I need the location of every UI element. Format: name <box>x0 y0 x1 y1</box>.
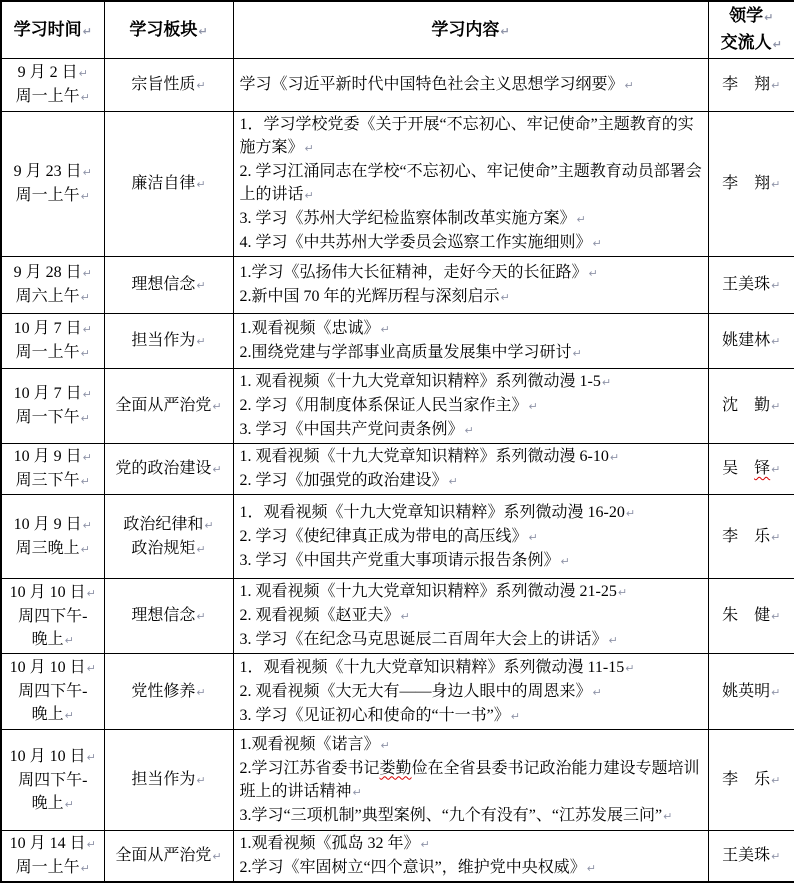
leader-cell: 李 翔↵ <box>708 59 794 112</box>
text-line: 10 月 10 日↵ <box>5 745 101 769</box>
text-line: 1. 观看视频《十九大党章知识精粹》系列微动漫 21-25↵ <box>240 580 704 604</box>
leader-cell: 朱 健↵ <box>708 579 794 654</box>
line-break-mark-icon: ↵ <box>771 400 780 413</box>
text-segment: 周四下午- <box>18 683 87 700</box>
text-segment: 3. 学习《中国共产党问责条例》 <box>240 421 464 438</box>
time-cell: 9 月 2 日↵周一上午↵ <box>1 59 104 112</box>
line-break-mark-icon: ↵ <box>626 507 635 520</box>
text-line: 1．观看视频《十九大党章知识精粹》系列微动漫 11-15↵ <box>240 656 704 680</box>
content-cell: 1. 观看视频《十九大党章知识精粹》系列微动漫 1-5↵2. 学习《用制度体系保… <box>233 369 708 444</box>
text-line: 10 月 7 日↵ <box>5 317 101 341</box>
text-line: 3. 学习《苏州大学纪检监察体制改革实施方案》↵ <box>240 207 704 231</box>
text-segment: 李 翔 <box>722 175 770 192</box>
table-row: 10 月 9 日↵周三下午↵党的政治建设↵1. 观看视频《十九大党章知识精粹》系… <box>1 444 794 495</box>
text-line: 党性修养↵ <box>108 680 230 704</box>
leader-cell: 姚英明↵ <box>708 654 794 730</box>
text-segment: 朱 健 <box>722 607 770 624</box>
text-line: 党的政治建设↵ <box>108 457 230 481</box>
text-line: 2. 学习《用制度体系保证人民当家作主》↵ <box>240 394 704 418</box>
text-segment: 4. 学习《中共苏州大学委员会巡察工作实施细则》 <box>240 234 592 251</box>
table-row: 9 月 2 日↵周一上午↵宗旨性质↵学习《习近平新时代中国特色社会主义思想学习纲… <box>1 59 794 112</box>
text-segment: 2. 学习《用制度体系保证人民当家作主》 <box>240 397 528 414</box>
module-cell: 全面从严治党↵ <box>104 369 233 444</box>
header-label-leader-line2: 交流人 <box>721 33 772 52</box>
content-cell: 1. 观看视频《十九大党章知识精粹》系列微动漫 21-25↵2. 观看视频《赵亚… <box>233 579 708 654</box>
line-break-mark-icon: ↵ <box>401 610 410 623</box>
line-break-mark-icon: ↵ <box>81 91 90 104</box>
module-cell: 全面从严治党↵ <box>104 831 233 883</box>
line-break-mark-icon: ↵ <box>65 798 74 811</box>
module-cell: 党性修养↵ <box>104 654 233 730</box>
content-cell: 学习《习近平新时代中国特色社会主义思想学习纲要》↵ <box>233 59 708 112</box>
line-break-mark-icon: ↵ <box>465 424 474 437</box>
line-break-mark-icon: ↵ <box>81 862 90 875</box>
text-segment: 2. 学习《使纪律真正成为带电的高压线》 <box>240 528 528 545</box>
line-break-mark-icon: ↵ <box>500 25 509 38</box>
line-break-mark-icon: ↵ <box>196 335 205 348</box>
text-line: 2.学习《牢固树立“四个意识”，维护党中央权威》↵ <box>240 856 704 880</box>
time-cell: 10 月 9 日↵周三晚上↵ <box>1 495 104 579</box>
line-break-mark-icon: ↵ <box>353 786 362 799</box>
line-break-mark-icon: ↵ <box>198 25 207 38</box>
time-cell: 10 月 14 日↵周一上午↵ <box>1 831 104 883</box>
text-line: 王美珠↵ <box>712 273 792 297</box>
time-cell: 9 月 28 日↵周六上午↵ <box>1 257 104 314</box>
text-segment: 吴 <box>722 460 754 477</box>
line-break-mark-icon: ↵ <box>771 463 780 476</box>
text-line: 宗旨性质↵ <box>108 73 230 97</box>
text-line: 2.新中国 70 年的光辉历程与深刻启示↵ <box>240 285 704 309</box>
text-segment: 党的政治建设 <box>115 460 211 477</box>
module-cell: 党的政治建设↵ <box>104 444 233 495</box>
text-line: 周一上午↵ <box>5 85 101 109</box>
leader-cell: 李 乐↵ <box>708 730 794 831</box>
table-row: 10 月 14 日↵周一上午↵全面从严治党↵1.观看视频《孤岛 32 年》↵2.… <box>1 831 794 883</box>
line-break-mark-icon: ↵ <box>83 267 92 280</box>
line-break-mark-icon: ↵ <box>764 11 773 24</box>
line-break-mark-icon: ↵ <box>81 475 90 488</box>
text-line: 周一上午↵ <box>5 184 101 208</box>
text-line: 2.围绕党建与学部事业高质量发展集中学习研讨↵ <box>240 341 704 365</box>
text-segment: 王美珠 <box>722 276 770 293</box>
module-cell: 廉洁自律↵ <box>104 112 233 257</box>
line-break-mark-icon: ↵ <box>196 279 205 292</box>
line-break-mark-icon: ↵ <box>65 634 74 647</box>
text-segment: 10 月 10 日 <box>10 584 86 601</box>
text-segment: 周一上午 <box>16 859 80 876</box>
text-line: 2. 学习《使纪律真正成为带电的高压线》↵ <box>240 525 704 549</box>
line-break-mark-icon: ↵ <box>196 610 205 623</box>
text-segment: 1.观看视频《忠诚》 <box>240 320 380 337</box>
text-line: 10 月 10 日↵ <box>5 581 101 605</box>
line-break-mark-icon: ↵ <box>81 543 90 556</box>
text-line: 1.观看视频《忠诚》↵ <box>240 317 704 341</box>
text-segment: 全面从严治党 <box>115 397 211 414</box>
text-segment: 周三晚上 <box>16 540 80 557</box>
line-break-mark-icon: ↵ <box>79 67 88 80</box>
header-cell-time: 学习时间↵ <box>1 1 104 59</box>
line-break-mark-icon: ↵ <box>771 686 780 699</box>
line-break-mark-icon: ↵ <box>771 774 780 787</box>
text-line: 全面从严治党↵ <box>108 394 230 418</box>
line-break-mark-icon: ↵ <box>771 610 780 623</box>
text-segment: 姚英明 <box>722 683 770 700</box>
module-cell: 担当作为↵ <box>104 314 233 369</box>
table-row: 10 月 7 日↵周一下午↵全面从严治党↵1. 观看视频《十九大党章知识精粹》系… <box>1 369 794 444</box>
text-segment: 2. 观看视频《大无大有——身边人眼中的周恩来》 <box>240 683 592 700</box>
header-row: 学习时间↵ 学习板块↵ 学习内容↵ 领学↵ 交流人↵ <box>1 1 794 59</box>
study-schedule-table: 学习时间↵ 学习板块↵ 学习内容↵ 领学↵ 交流人↵ 9 月 2 日↵周一上午↵… <box>0 0 794 883</box>
time-cell: 10 月 10 日↵周四下午-晚上↵ <box>1 730 104 831</box>
text-line: 廉洁自律↵ <box>108 172 230 196</box>
line-break-mark-icon: ↵ <box>87 838 96 851</box>
text-line: 理想信念↵ <box>108 273 230 297</box>
text-line: 姚英明↵ <box>712 680 792 704</box>
text-line: 2.学习江苏省委书记娄勤俭在全省县委书记政治能力建设专题培训班上的讲话精神↵ <box>240 757 704 804</box>
text-segment: 晚上 <box>32 631 64 648</box>
text-line: 3. 学习《在纪念马克思诞辰二百周年大会上的讲话》↵ <box>240 628 704 652</box>
text-line: 学习内容↵ <box>237 17 705 44</box>
line-break-mark-icon: ↵ <box>196 543 205 556</box>
line-break-mark-icon: ↵ <box>196 79 205 92</box>
text-segment: 1. 观看视频《十九大党章知识精粹》系列微动漫 1-5 <box>240 373 601 390</box>
text-line: 理想信念↵ <box>108 604 230 628</box>
text-line: 2. 观看视频《赵亚夫》↵ <box>240 604 704 628</box>
line-break-mark-icon: ↵ <box>610 451 619 464</box>
header-cell-leader: 领学↵ 交流人↵ <box>708 1 794 59</box>
text-line: 2. 学习江涌同志在学校“不忘初心、牢记使命”主题教育动员部署会上的讲话↵ <box>240 160 704 207</box>
module-cell: 政治纪律和↵政治规矩↵ <box>104 495 233 579</box>
line-break-mark-icon: ↵ <box>421 838 430 851</box>
text-line: 3. 学习《见证初心和使命的“十一书”》↵ <box>240 704 704 728</box>
text-segment: 3. 学习《苏州大学纪检监察体制改革实施方案》 <box>240 210 576 227</box>
line-break-mark-icon: ↵ <box>529 531 538 544</box>
text-line: 周一上午↵ <box>5 856 101 880</box>
time-cell: 9 月 23 日↵周一上午↵ <box>1 112 104 257</box>
line-break-mark-icon: ↵ <box>196 686 205 699</box>
line-break-mark-icon: ↵ <box>81 190 90 203</box>
line-break-mark-icon: ↵ <box>305 189 314 202</box>
line-break-mark-icon: ↵ <box>81 347 90 360</box>
time-cell: 10 月 7 日↵周一上午↵ <box>1 314 104 369</box>
text-segment: 3. 学习《中国共产党重大事项请示报告条例》 <box>240 552 560 569</box>
text-line: 10 月 14 日↵ <box>5 832 101 856</box>
content-cell: 1.观看视频《忠诚》↵2.围绕党建与学部事业高质量发展集中学习研讨↵ <box>233 314 708 369</box>
text-segment: 姚建林 <box>722 332 770 349</box>
module-cell: 宗旨性质↵ <box>104 59 233 112</box>
text-line: 吴 铎↵ <box>712 457 792 481</box>
text-segment: 政治规矩 <box>131 540 195 557</box>
table-row: 10 月 10 日↵周四下午-晚上↵党性修养↵1．观看视频《十九大党章知识精粹》… <box>1 654 794 730</box>
line-break-mark-icon: ↵ <box>773 38 782 51</box>
time-cell: 10 月 10 日↵周四下午-晚上↵ <box>1 654 104 730</box>
line-break-mark-icon: ↵ <box>587 862 596 875</box>
line-break-mark-icon: ↵ <box>589 267 598 280</box>
text-segment: 李 乐 <box>722 528 770 545</box>
text-line: 学习板块↵ <box>108 17 230 44</box>
line-break-mark-icon: ↵ <box>771 178 780 191</box>
text-line: 姚建林↵ <box>712 329 792 353</box>
line-break-mark-icon: ↵ <box>771 335 780 348</box>
text-line: 2. 观看视频《大无大有——身边人眼中的周恩来》↵ <box>240 680 704 704</box>
text-segment: 2.新中国 70 年的光辉历程与深刻启示 <box>240 288 500 305</box>
text-line: 王美珠↵ <box>712 844 792 868</box>
text-segment: 10 月 7 日 <box>14 320 82 337</box>
line-break-mark-icon: ↵ <box>204 519 213 532</box>
text-segment: 宗旨性质 <box>131 76 195 93</box>
text-line: 3. 学习《中国共产党重大事项请示报告条例》↵ <box>240 549 704 573</box>
line-break-mark-icon: ↵ <box>83 166 92 179</box>
line-break-mark-icon: ↵ <box>212 463 221 476</box>
time-cell: 10 月 9 日↵周三下午↵ <box>1 444 104 495</box>
text-line: 政治纪律和↵ <box>108 513 230 537</box>
text-line: 学习《习近平新时代中国特色社会主义思想学习纲要》↵ <box>240 73 704 97</box>
text-line: 1．学习学校党委《关于开展“不忘初心、牢记使命”主题教育的实施方案》↵ <box>240 113 704 160</box>
line-break-mark-icon: ↵ <box>663 810 672 823</box>
text-segment: 周四下午- <box>18 608 87 625</box>
text-line: 3.学习“三项机制”典型案例、“九个有没有”、“江苏发展三问”↵ <box>240 804 704 828</box>
line-break-mark-icon: ↵ <box>602 376 611 389</box>
line-break-mark-icon: ↵ <box>573 347 582 360</box>
spellcheck-squiggle: 娄勤 <box>380 760 412 777</box>
text-segment: 周三下午 <box>16 472 80 489</box>
line-break-mark-icon: ↵ <box>305 142 314 155</box>
text-segment: 3. 学习《见证初心和使命的“十一书”》 <box>240 707 510 724</box>
text-line: 领学↵ <box>712 3 792 30</box>
text-line: 周三下午↵ <box>5 469 101 493</box>
line-break-mark-icon: ↵ <box>81 412 90 425</box>
text-line: 1. 观看视频《十九大党章知识精粹》系列微动漫 6-10↵ <box>240 445 704 469</box>
text-segment: 1. 观看视频《十九大党章知识精粹》系列微动漫 21-25 <box>240 583 617 600</box>
text-line: 1.观看视频《孤岛 32 年》↵ <box>240 832 704 856</box>
text-line: 周四下午-晚上↵ <box>5 769 101 816</box>
text-line: 政治规矩↵ <box>108 537 230 561</box>
text-line: 周四下午-晚上↵ <box>5 605 101 652</box>
line-break-mark-icon: ↵ <box>561 555 570 568</box>
text-segment: 10 月 9 日 <box>14 516 82 533</box>
line-break-mark-icon: ↵ <box>381 739 390 752</box>
text-segment: 10 月 9 日 <box>14 448 82 465</box>
table-row: 10 月 7 日↵周一上午↵担当作为↵1.观看视频《忠诚》↵2.围绕党建与学部事… <box>1 314 794 369</box>
text-segment: 10 月 7 日 <box>14 385 82 402</box>
text-segment: 1．观看视频《十九大党章知识精粹》系列微动漫 16-20 <box>240 504 625 521</box>
line-break-mark-icon: ↵ <box>83 25 92 38</box>
content-cell: 1.观看视频《诺言》↵2.学习江苏省委书记娄勤俭在全省县委书记政治能力建设专题培… <box>233 730 708 831</box>
text-line: 担当作为↵ <box>108 768 230 792</box>
table-header: 学习时间↵ 学习板块↵ 学习内容↵ 领学↵ 交流人↵ <box>1 1 794 59</box>
text-segment: 沈 勤 <box>722 397 770 414</box>
leader-cell: 王美珠↵ <box>708 831 794 883</box>
text-segment: 王美珠 <box>722 847 770 864</box>
text-segment: 10 月 14 日 <box>10 835 86 852</box>
text-segment: 2.学习《牢固树立“四个意识”，维护党中央权威》 <box>240 859 586 876</box>
line-break-mark-icon: ↵ <box>196 774 205 787</box>
header-label-leader-line1: 领学 <box>729 6 763 25</box>
line-break-mark-icon: ↵ <box>212 850 221 863</box>
header-label-module: 学习板块 <box>129 20 197 39</box>
table-row: 10 月 9 日↵周三晚上↵政治纪律和↵政治规矩↵1．观看视频《十九大党章知识精… <box>1 495 794 579</box>
line-break-mark-icon: ↵ <box>212 400 221 413</box>
text-line: 李 乐↵ <box>712 525 792 549</box>
text-segment: 晚上 <box>32 706 64 723</box>
text-line: 李 乐↵ <box>712 768 792 792</box>
line-break-mark-icon: ↵ <box>593 237 602 250</box>
line-break-mark-icon: ↵ <box>577 213 586 226</box>
text-segment: 9 月 23 日 <box>14 163 82 180</box>
text-segment: 1.学习《弘扬伟大长征精神，走好今天的长征路》 <box>240 264 588 281</box>
text-line: 周六上午↵ <box>5 285 101 309</box>
text-line: 交流人↵ <box>712 30 792 57</box>
time-cell: 10 月 10 日↵周四下午-晚上↵ <box>1 579 104 654</box>
text-line: 2. 学习《加强党的政治建设》↵ <box>240 469 704 493</box>
leader-cell: 李 翔↵ <box>708 112 794 257</box>
text-line: 沈 勤↵ <box>712 394 792 418</box>
text-line: 李 翔↵ <box>712 172 792 196</box>
line-break-mark-icon: ↵ <box>618 586 627 599</box>
text-segment: 周一上午 <box>16 88 80 105</box>
line-break-mark-icon: ↵ <box>87 587 96 600</box>
text-segment: 周一下午 <box>16 409 80 426</box>
text-segment: 周六上午 <box>16 288 80 305</box>
leader-cell: 李 乐↵ <box>708 495 794 579</box>
text-line: 1.学习《弘扬伟大长征精神，走好今天的长征路》↵ <box>240 261 704 285</box>
text-segment: 学习《习近平新时代中国特色社会主义思想学习纲要》 <box>240 76 624 93</box>
line-break-mark-icon: ↵ <box>593 686 602 699</box>
leader-cell: 吴 铎↵ <box>708 444 794 495</box>
text-line: 1．观看视频《十九大党章知识精粹》系列微动漫 16-20↵ <box>240 501 704 525</box>
text-segment: 理想信念 <box>131 607 195 624</box>
module-cell: 担当作为↵ <box>104 730 233 831</box>
line-break-mark-icon: ↵ <box>65 709 74 722</box>
header-label-time: 学习时间 <box>14 20 82 39</box>
content-cell: 1.观看视频《孤岛 32 年》↵2.学习《牢固树立“四个意识”，维护党中央权威》… <box>233 831 708 883</box>
text-line: 担当作为↵ <box>108 329 230 353</box>
text-segment: 2. 学习《加强党的政治建设》 <box>240 472 448 489</box>
text-line: 10 月 9 日↵ <box>5 513 101 537</box>
text-line: 9 月 23 日↵ <box>5 160 101 184</box>
text-line: 1.观看视频《诺言》↵ <box>240 733 704 757</box>
text-line: 10 月 9 日↵ <box>5 445 101 469</box>
line-break-mark-icon: ↵ <box>83 388 92 401</box>
text-segment: 理想信念 <box>131 276 195 293</box>
text-segment: 晚上 <box>32 795 64 812</box>
content-cell: 1．观看视频《十九大党章知识精粹》系列微动漫 16-20↵2. 学习《使纪律真正… <box>233 495 708 579</box>
spellcheck-squiggle: 铎 <box>754 460 770 477</box>
line-break-mark-icon: ↵ <box>81 291 90 304</box>
text-segment: 9 月 2 日 <box>18 64 78 81</box>
text-segment: 周一上午 <box>16 187 80 204</box>
text-segment: 1.观看视频《诺言》 <box>240 736 380 753</box>
text-segment: 1. 观看视频《十九大党章知识精粹》系列微动漫 6-10 <box>240 448 609 465</box>
text-segment: 廉洁自律 <box>131 175 195 192</box>
text-segment: 10 月 10 日 <box>10 748 86 765</box>
table-row: 10 月 10 日↵周四下午-晚上↵担当作为↵1.观看视频《诺言》↵2.学习江苏… <box>1 730 794 831</box>
header-label-content: 学习内容 <box>431 20 499 39</box>
line-break-mark-icon: ↵ <box>609 634 618 647</box>
text-line: 周一上午↵ <box>5 341 101 365</box>
header-cell-module: 学习板块↵ <box>104 1 233 59</box>
content-cell: 1．观看视频《十九大党章知识精粹》系列微动漫 11-15↵2. 观看视频《大无大… <box>233 654 708 730</box>
text-segment: 李 乐 <box>722 771 770 788</box>
text-segment: 3.学习“三项机制”典型案例、“九个有没有”、“江苏发展三问” <box>240 807 663 824</box>
text-segment: 1．观看视频《十九大党章知识精粹》系列微动漫 11-15 <box>240 659 625 676</box>
text-line: 学习时间↵ <box>5 17 101 44</box>
line-break-mark-icon: ↵ <box>83 451 92 464</box>
table-row: 9 月 28 日↵周六上午↵理想信念↵1.学习《弘扬伟大长征精神，走好今天的长征… <box>1 257 794 314</box>
line-break-mark-icon: ↵ <box>625 79 634 92</box>
text-segment: 政治纪律和 <box>123 516 203 533</box>
text-line: 全面从严治党↵ <box>108 844 230 868</box>
table-row: 9 月 23 日↵周一上午↵廉洁自律↵1．学习学校党委《关于开展“不忘初心、牢记… <box>1 112 794 257</box>
text-segment: 周四下午- <box>18 772 87 789</box>
text-line: 10 月 7 日↵ <box>5 382 101 406</box>
time-cell: 10 月 7 日↵周一下午↵ <box>1 369 104 444</box>
text-segment: 2. 观看视频《赵亚夫》 <box>240 607 400 624</box>
text-segment: 2.围绕党建与学部事业高质量发展集中学习研讨 <box>240 344 572 361</box>
line-break-mark-icon: ↵ <box>501 291 510 304</box>
text-segment: 10 月 10 日 <box>10 659 86 676</box>
text-line: 9 月 2 日↵ <box>5 61 101 85</box>
header-cell-content: 学习内容↵ <box>233 1 708 59</box>
text-segment: 全面从严治党 <box>115 847 211 864</box>
text-line: 4. 学习《中共苏州大学委员会巡察工作实施细则》↵ <box>240 231 704 255</box>
text-segment: 李 翔 <box>722 76 770 93</box>
line-break-mark-icon: ↵ <box>625 662 634 675</box>
text-line: 1. 观看视频《十九大党章知识精粹》系列微动漫 1-5↵ <box>240 370 704 394</box>
text-line: 周三晚上↵ <box>5 537 101 561</box>
text-segment: 周一上午 <box>16 344 80 361</box>
text-line: 10 月 10 日↵ <box>5 656 101 680</box>
text-line: 3. 学习《中国共产党问责条例》↵ <box>240 418 704 442</box>
module-cell: 理想信念↵ <box>104 257 233 314</box>
content-cell: 1. 观看视频《十九大党章知识精粹》系列微动漫 6-10↵2. 学习《加强党的政… <box>233 444 708 495</box>
line-break-mark-icon: ↵ <box>529 400 538 413</box>
leader-cell: 沈 勤↵ <box>708 369 794 444</box>
line-break-mark-icon: ↵ <box>511 710 520 723</box>
line-break-mark-icon: ↵ <box>196 178 205 191</box>
leader-cell: 姚建林↵ <box>708 314 794 369</box>
content-cell: 1.学习《弘扬伟大长征精神，走好今天的长征路》↵2.新中国 70 年的光辉历程与… <box>233 257 708 314</box>
text-segment: 担当作为 <box>131 771 195 788</box>
text-segment: 3. 学习《在纪念马克思诞辰二百周年大会上的讲话》 <box>240 631 608 648</box>
content-cell: 1．学习学校党委《关于开展“不忘初心、牢记使命”主题教育的实施方案》↵2. 学习… <box>233 112 708 257</box>
text-line: 周一下午↵ <box>5 406 101 430</box>
line-break-mark-icon: ↵ <box>771 279 780 292</box>
table-body: 9 月 2 日↵周一上午↵宗旨性质↵学习《习近平新时代中国特色社会主义思想学习纲… <box>1 59 794 883</box>
text-line: 9 月 28 日↵ <box>5 261 101 285</box>
text-segment: 9 月 28 日 <box>14 264 82 281</box>
leader-cell: 王美珠↵ <box>708 257 794 314</box>
text-line: 周四下午-晚上↵ <box>5 680 101 727</box>
text-segment: 1.观看视频《孤岛 32 年》 <box>240 835 420 852</box>
line-break-mark-icon: ↵ <box>83 519 92 532</box>
line-break-mark-icon: ↵ <box>771 850 780 863</box>
text-segment: 担当作为 <box>131 332 195 349</box>
line-break-mark-icon: ↵ <box>771 531 780 544</box>
line-break-mark-icon: ↵ <box>87 662 96 675</box>
line-break-mark-icon: ↵ <box>381 323 390 336</box>
text-segment: 党性修养 <box>131 683 195 700</box>
line-break-mark-icon: ↵ <box>449 475 458 488</box>
module-cell: 理想信念↵ <box>104 579 233 654</box>
text-line: 李 翔↵ <box>712 73 792 97</box>
line-break-mark-icon: ↵ <box>83 323 92 336</box>
table-row: 10 月 10 日↵周四下午-晚上↵理想信念↵1. 观看视频《十九大党章知识精粹… <box>1 579 794 654</box>
text-segment: 2.学习江苏省委书记 <box>240 760 380 777</box>
line-break-mark-icon: ↵ <box>771 79 780 92</box>
line-break-mark-icon: ↵ <box>87 751 96 764</box>
text-line: 朱 健↵ <box>712 604 792 628</box>
